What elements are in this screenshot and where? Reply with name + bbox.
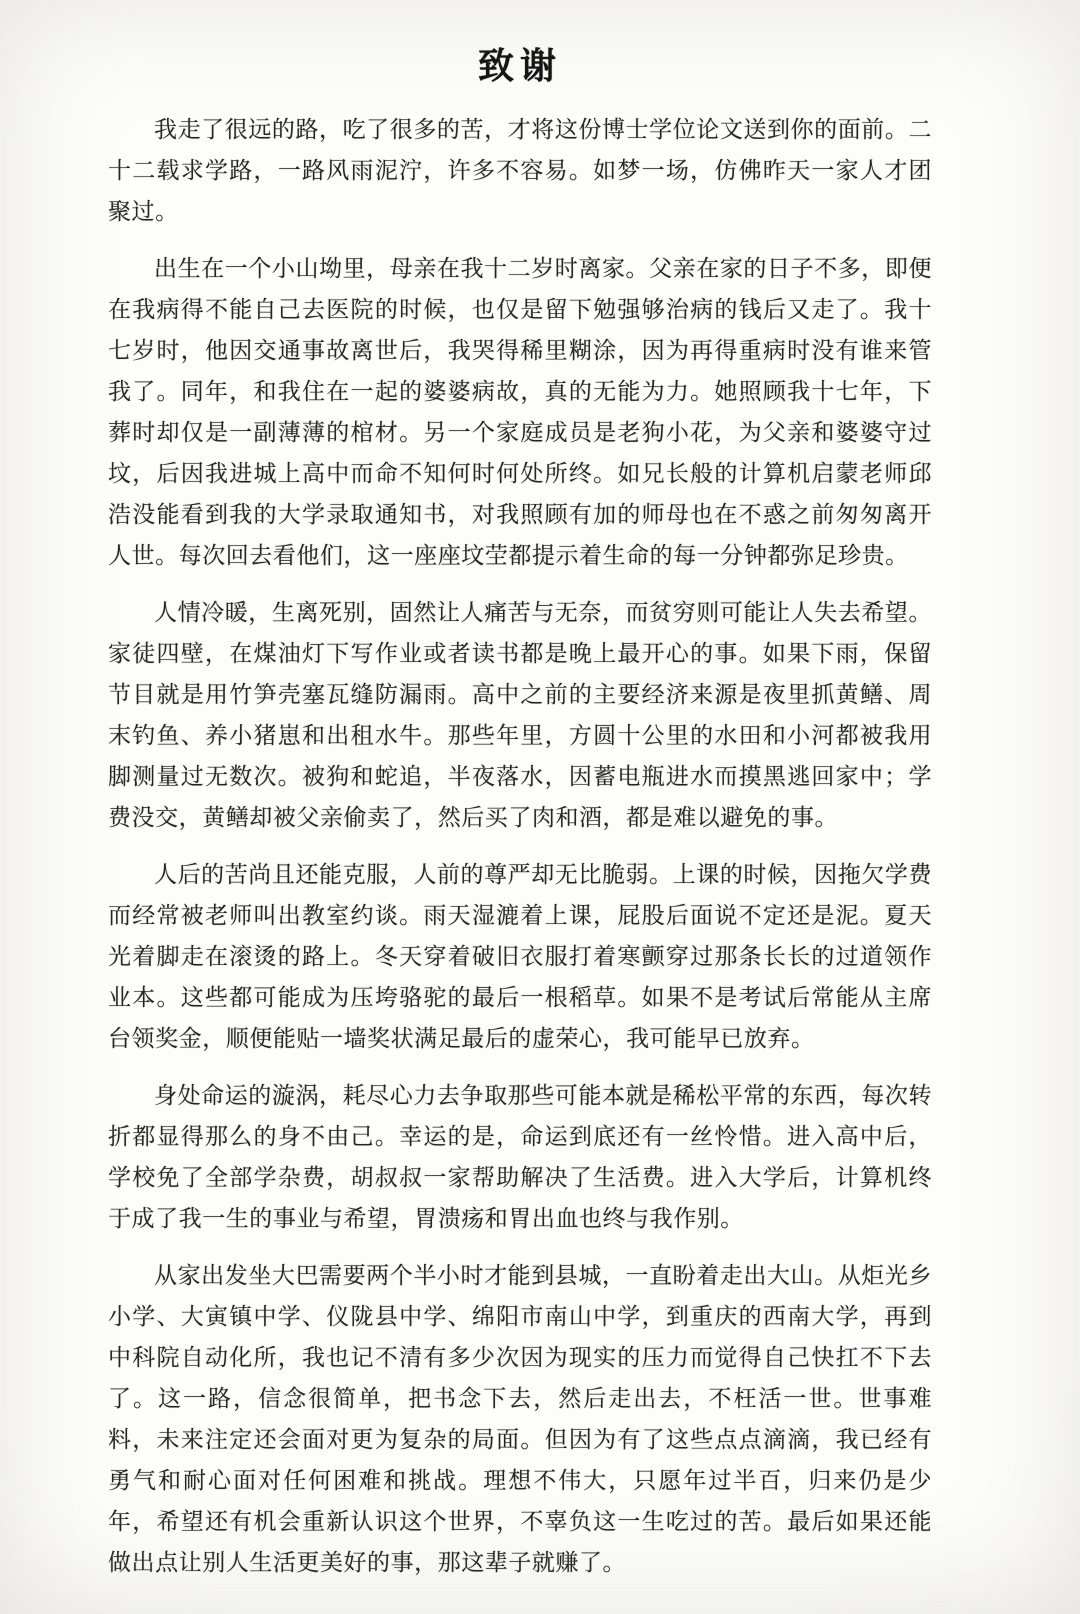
- paragraph-3: 人情冷暖，生离死别，固然让人痛苦与无奈，而贫穷则可能让人失去希望。家徒四壁，在煤…: [108, 592, 932, 838]
- paragraph-2: 出生在一个小山坳里，母亲在我十二岁时离家。父亲在家的日子不多，即便在我病得不能自…: [108, 248, 932, 576]
- document-page: 致谢 我走了很远的路，吃了很多的苦，才将这份博士学位论文送到你的面前。二十二载求…: [0, 0, 1080, 1614]
- paragraph-4: 人后的苦尚且还能克服，人前的尊严却无比脆弱。上课的时候，因拖欠学费而经常被老师叫…: [108, 854, 932, 1059]
- acknowledgements-title: 致谢: [108, 38, 932, 89]
- paragraph-5: 身处命运的漩涡，耗尽心力去争取那些可能本就是稀松平常的东西，每次转折都显得那么的…: [108, 1075, 932, 1239]
- paragraph-1: 我走了很远的路，吃了很多的苦，才将这份博士学位论文送到你的面前。二十二载求学路，…: [108, 109, 932, 232]
- paragraph-6: 从家出发坐大巴需要两个半小时才能到县城，一直盼着走出大山。从炬光乡小学、大寅镇中…: [108, 1255, 932, 1583]
